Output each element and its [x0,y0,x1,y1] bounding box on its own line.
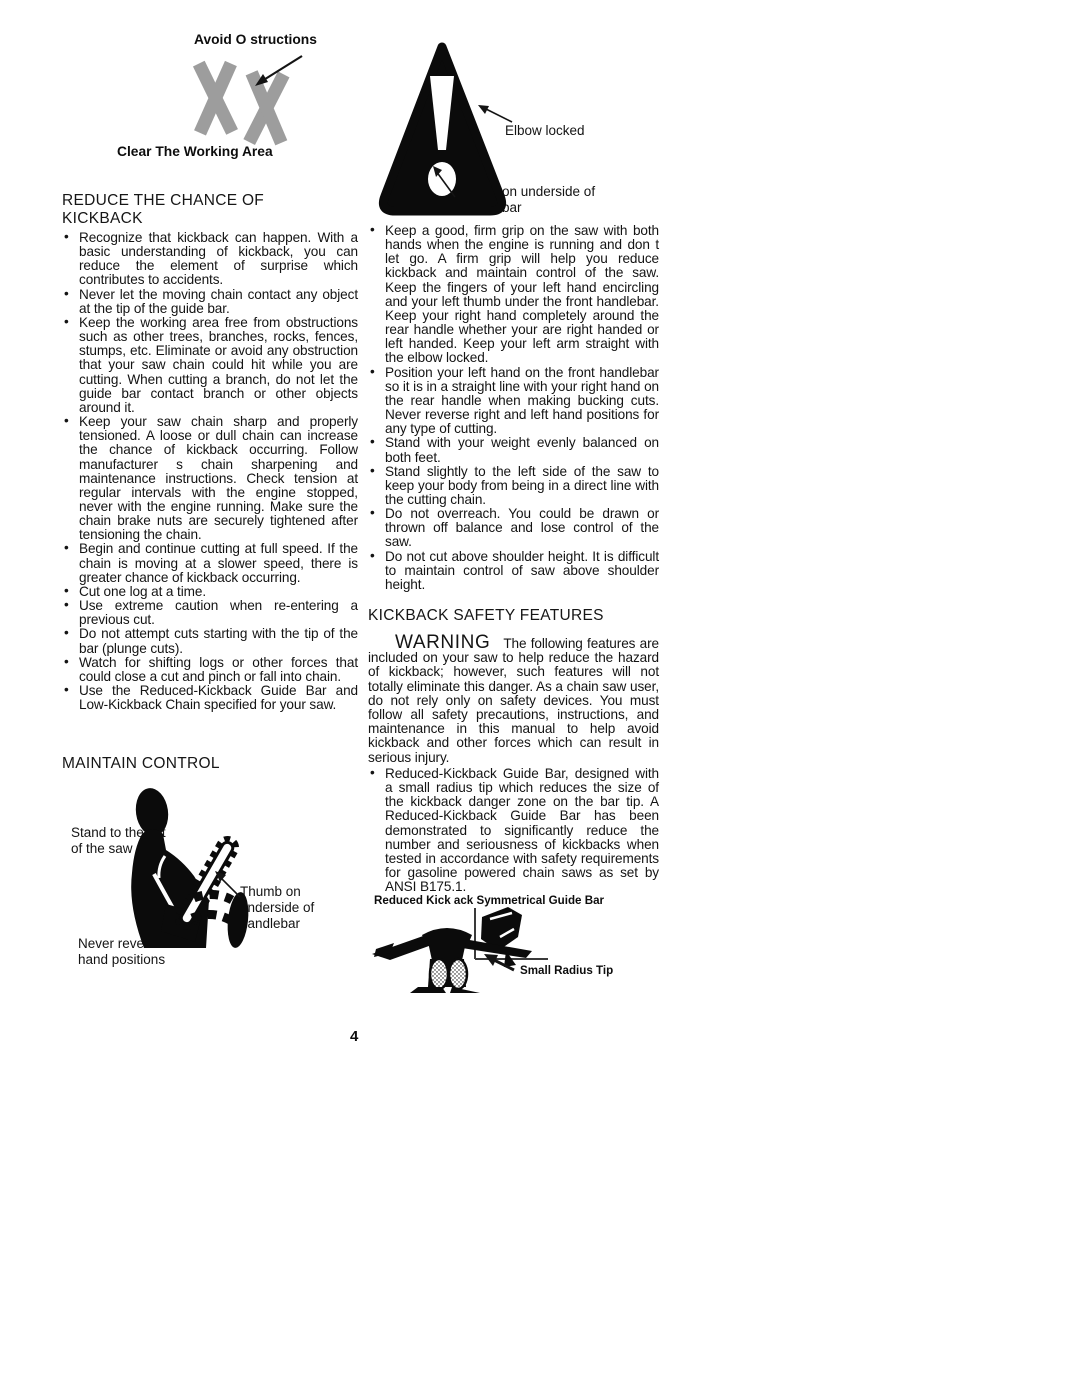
bullet-item: Keep a good, firm grip on the saw with b… [368,224,659,366]
bullet-item: Do not cut above shoulder height. It is … [368,550,659,592]
label-thumb-underside: Thumb on underside of handlebar [240,884,314,932]
bullet-item: Reduced-Kickback Guide Bar, designed wit… [368,767,659,894]
figure-title-avoid-obstructions: Avoid O structions [194,32,317,47]
grip-list: Keep a good, firm grip on the saw with b… [368,224,659,592]
bullet-item: Never let the moving chain contact any o… [62,288,358,316]
figure-avoid-obstructions: Avoid O structions Clear The Working Are… [62,30,362,192]
figure-caption-guide-bar: Reduced Kick ack Symmetrical Guide Bar [374,895,604,907]
page-number: 4 [350,1028,358,1045]
figure-guide-bar: Reduced Kick ack Symmetrical Guide Bar S… [368,893,660,1008]
bullet-item: Watch for shifting logs or other forces … [62,656,358,684]
x-marks-icon [62,30,362,192]
bullet-item: Cut one log at a time. [62,585,358,599]
bullet-item: Use the Reduced-Kickback Guide Bar and L… [62,684,358,712]
bullet-item: Use extreme caution when re-entering a p… [62,599,358,627]
manual-page: { "page": { "number": "4" }, "left": { "… [0,0,1080,1397]
bullet-item: Recognize that kickback can happen. With… [62,231,358,288]
bullet-item: Position your left hand on the front han… [368,366,659,437]
safety-features-list: Reduced-Kickback Guide Bar, designed wit… [368,767,659,894]
label-never-reverse: Never reverse hand positions [78,936,165,968]
warning-paragraph: WARNINGThe following features are includ… [368,636,659,765]
down-left-arrow-icon [255,56,302,86]
bullet-item: Stand with your weight evenly balanced o… [368,436,659,464]
figure-firm-grip: Elbow locked on underside of bar [372,38,660,220]
warning-text: The following features are included on y… [368,636,659,765]
bullet-item: Do not overreach. You could be drawn or … [368,507,659,549]
bullet-item: Begin and continue cutting at full speed… [62,542,358,584]
bullet-item: Stand slightly to the left side of the s… [368,465,659,507]
bullet-item: Do not attempt cuts starting with the ti… [62,627,358,655]
label-small-radius-tip: Small Radius Tip [520,965,613,977]
reduce-kickback-heading: REDUCE THE CHANCE OF KICKBACK [62,192,302,227]
kickback-safety-features-heading: KICKBACK SAFETY FEATURES [368,607,604,625]
figure-maintain-control: Stand to the left of the saw Thumb on un… [62,778,362,1000]
label-underside-bar: on underside of bar [502,184,595,216]
bullet-item: Keep your saw chain sharp and properly t… [62,415,358,542]
label-elbow-locked: Elbow locked [505,123,585,139]
maintain-control-heading: MAINTAIN CONTROL [62,755,220,773]
bullet-item: Keep the working area free from obstruct… [62,316,358,415]
label-stand-left: Stand to the left of the saw [71,825,166,857]
guide-bar-illustration [368,907,660,1005]
figure-caption-clear-working-area: Clear The Working Area [117,144,273,159]
reduce-kickback-list: Recognize that kickback can happen. With… [62,231,358,712]
